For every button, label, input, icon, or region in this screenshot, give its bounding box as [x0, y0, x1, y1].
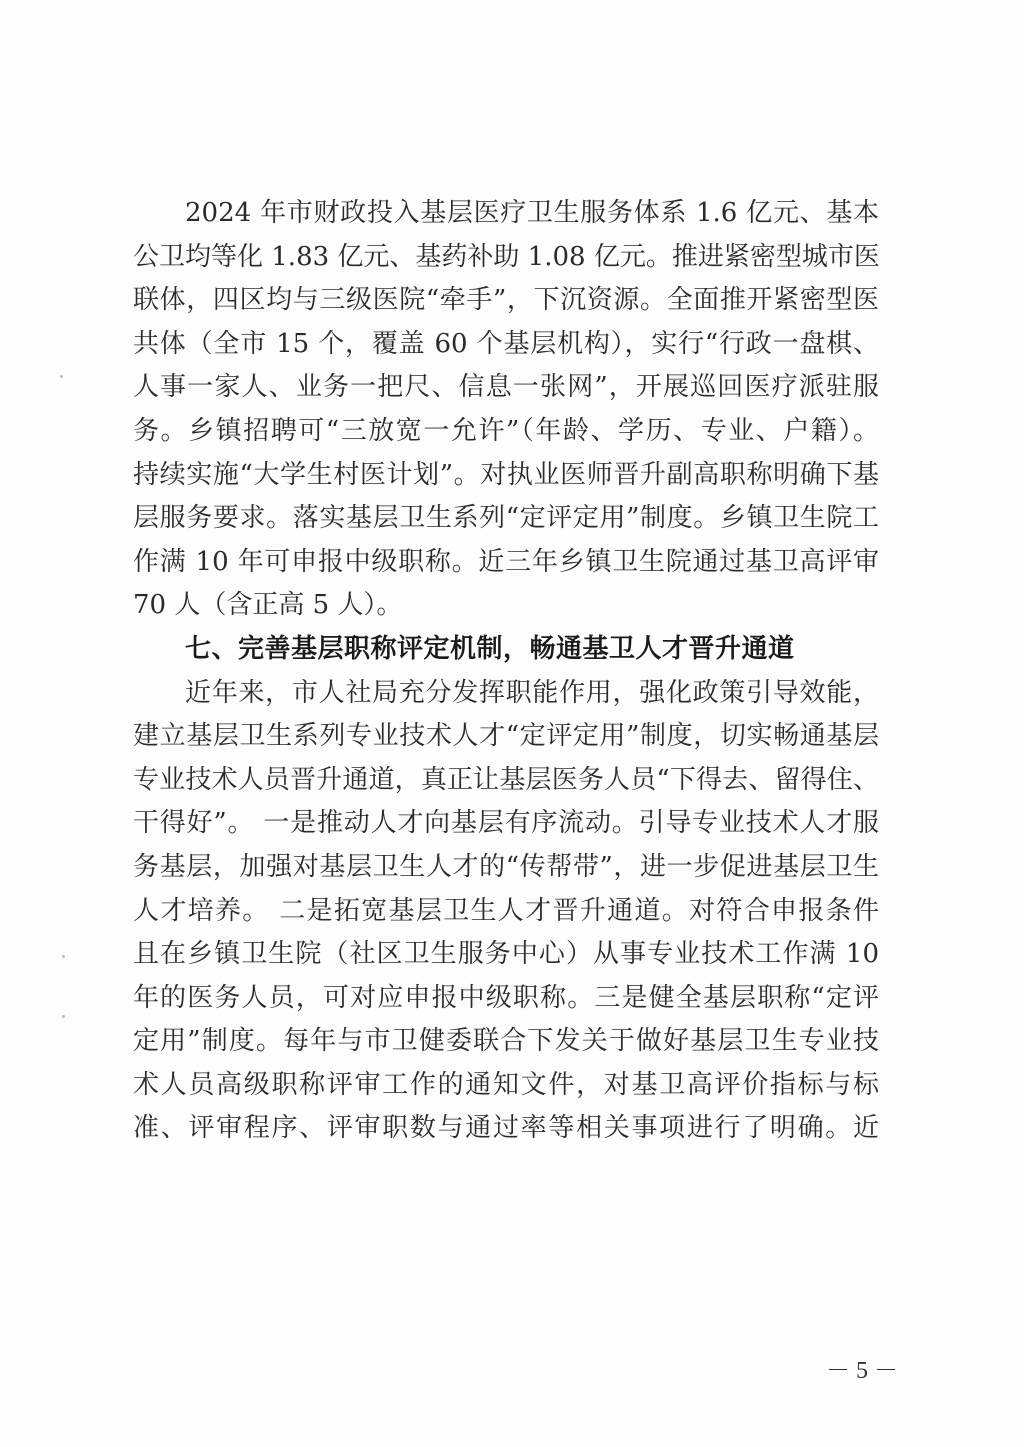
paragraph-line: 公卫均等化 1.83 亿元、基药补助 1.08 亿元。推进紧密型城市医	[133, 236, 879, 280]
paragraph-line: 专业技术人员晋升通道，真正让基层医务人员“下得去、留得住、	[133, 759, 879, 803]
paragraph-line: 年的医务人员，可对应申报中级职称。三是健全基层职称“定评	[133, 977, 879, 1021]
paragraph-line: 作满 10 年可申报中级职称。近三年乡镇卫生院通过基卫高评审	[133, 541, 879, 585]
scan-speck	[62, 955, 65, 958]
paragraph-line: 共体（全市 15 个，覆盖 60 个基层机构），实行“行政一盘棋、	[133, 323, 879, 367]
paragraph-line: 人才培养。 二是拓宽基层卫生人才晋升通道。对符合申报条件	[133, 890, 879, 934]
paragraph-line: 定用”制度。每年与市卫健委联合下发关于做好基层卫生专业技	[133, 1020, 879, 1064]
paragraph-line: 务基层，加强对基层卫生人才的“传帮带”，进一步促进基层卫生	[133, 846, 879, 890]
paragraph-line: 2024 年市财政投入基层医疗卫生服务体系 1.6 亿元、基本	[133, 192, 879, 236]
paragraph-line: 联体，四区均与三级医院“牵手”，下沉资源。全面推开紧密型医	[133, 279, 879, 323]
paragraph-line: 层服务要求。落实基层卫生系列“定评定用”制度。乡镇卫生院工	[133, 497, 879, 541]
scan-speck	[62, 1015, 65, 1018]
section-heading: 七、完善基层职称评定机制，畅通基卫人才晋升通道	[133, 628, 879, 672]
paragraph-line: 干得好”。 一是推动人才向基层有序流动。引导专业技术人才服	[133, 802, 879, 846]
document-page: 2024 年市财政投入基层医疗卫生服务体系 1.6 亿元、基本 公卫均等化 1.…	[0, 0, 1024, 1447]
paragraph-line: 术人员高级职称评审工作的通知文件，对基卫高评价指标与标	[133, 1064, 879, 1108]
document-body: 2024 年市财政投入基层医疗卫生服务体系 1.6 亿元、基本 公卫均等化 1.…	[133, 192, 879, 1151]
paragraph-line: 且在乡镇卫生院（社区卫生服务中心）从事专业技术工作满 10	[133, 933, 879, 977]
paragraph-line: 准、评审程序、评审职数与通过率等相关事项进行了明确。近	[133, 1107, 879, 1151]
paragraph-line: 持续实施“大学生村医计划”。对执业医师晋升副高职称明确下基	[133, 454, 879, 498]
paragraph-line: 近年来，市人社局充分发挥职能作用，强化政策引导效能，	[133, 672, 879, 716]
paragraph-line: 建立基层卫生系列专业技术人才“定评定用”制度，切实畅通基层	[133, 715, 879, 759]
scan-speck	[60, 375, 63, 378]
page-number: － 5 －	[826, 1350, 898, 1385]
paragraph-line: 务。乡镇招聘可“三放宽一允许”（年龄、学历、专业、户籍）。	[133, 410, 879, 454]
paragraph-line: 70 人（含正高 5 人）。	[133, 584, 879, 628]
paragraph-line: 人事一家人、业务一把尺、信息一张网”，开展巡回医疗派驻服	[133, 366, 879, 410]
